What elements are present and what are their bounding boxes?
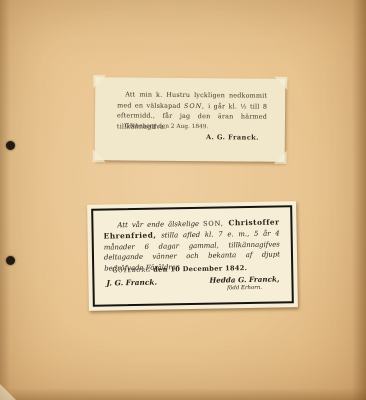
photo-corner-icon [93, 149, 106, 162]
birth-announcement-card: Att min k. Hustru lyckligen nedkommit me… [95, 77, 286, 162]
photo-corner-icon [274, 77, 287, 90]
announcement-son-word: SON, [184, 101, 205, 109]
announcement-intro: Att vår ende älskelige [117, 220, 203, 229]
photo-corner-icon [274, 151, 287, 164]
page-corner-highlight [0, 384, 16, 400]
dateline-place: Göteborg [112, 266, 151, 275]
signature-father: J. G. Franck. [106, 278, 157, 288]
dateline: Götheborg den 2 Aug. 1849. [125, 123, 208, 130]
mourning-announcement-card: Att vår ende älskelige SON, Christoffer … [87, 201, 298, 311]
signature-mother-name: Hedda G. Franck, [209, 274, 279, 284]
album-page: Att min k. Hustru lyckligen nedkommit me… [0, 0, 366, 400]
signature: A. G. Franck. [206, 133, 259, 141]
dateline-date: den 10 December 1842. [151, 264, 248, 274]
announcement-son-word: SON, [203, 219, 224, 227]
signature-mother: Hedda G. Franck,född Erhorn. [209, 274, 279, 291]
binder-hole-bottom [6, 256, 15, 265]
photo-corner-icon [93, 75, 106, 88]
signature-mother-maiden-name: född Erhorn. [210, 284, 280, 291]
binder-hole-top [6, 141, 15, 150]
